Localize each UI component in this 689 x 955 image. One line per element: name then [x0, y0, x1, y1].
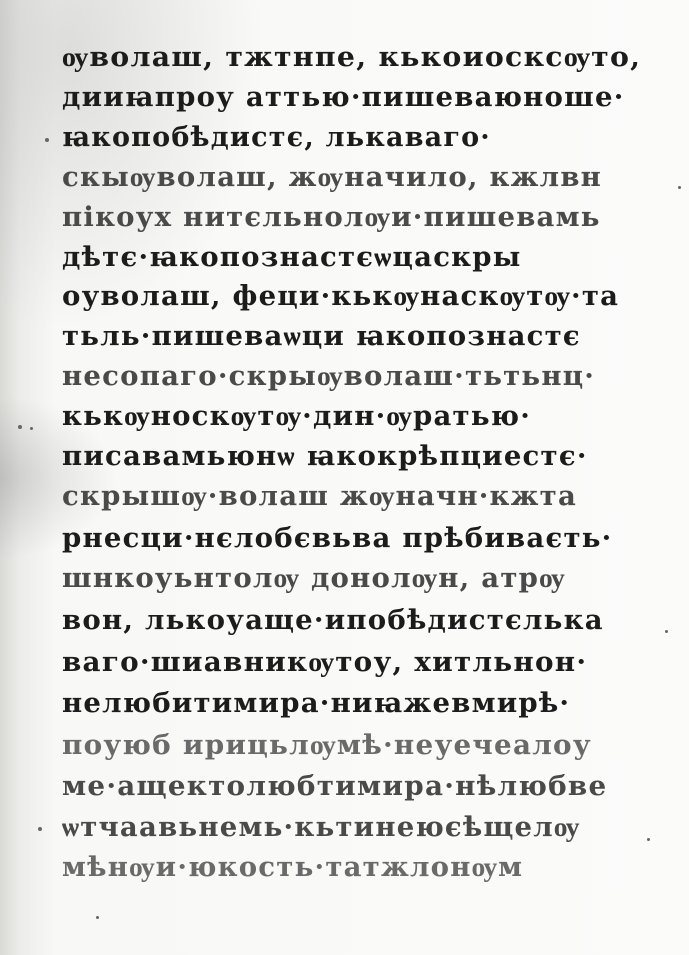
- manuscript-line: кькѹноскѹтѹ·дин·ѹратью·: [62, 401, 531, 432]
- ink-speck: [665, 630, 668, 633]
- ink-speck: [38, 827, 42, 831]
- manuscript-line: дѣтє·ꙗкопознастєѡцаскры: [62, 242, 522, 273]
- manuscript-line: нелюбитимира·ниꙗжевмирѣ·: [62, 688, 570, 719]
- manuscript-line: писавамьюнѡ ꙗкокрѣпциестє·: [62, 441, 588, 472]
- manuscript-line: шнкоуьнтолѹ донолѹн, атрѹ: [62, 563, 566, 594]
- manuscript-page: ѹволаш, тжтнпе, кькоиосксѹто, дииꙗпроу а…: [0, 0, 689, 955]
- manuscript-line: вон, лькоуаще·ипобѣдистєлька: [62, 605, 604, 636]
- manuscript-line: несопаго·скрыѹволаш·тьтьнц·: [62, 361, 595, 392]
- manuscript-line: рнесци·нєлобєвьва прѣбиваєть·: [62, 523, 612, 554]
- manuscript-line: скрышѹ·волаш жѹначн·кжта: [62, 481, 577, 512]
- manuscript-line: скыѹволаш, жѹначило, кжлвн: [62, 162, 602, 193]
- manuscript-line: мѣнѹи·юкость·татжлонѹм: [62, 852, 523, 883]
- manuscript-line: оуволаш, феци·кькѹнаскѹтѹ·та: [62, 281, 619, 312]
- manuscript-line: ѡтчаавьнемь·кьтинеюєѣщелѹ: [62, 812, 580, 843]
- ink-speck: [45, 138, 49, 142]
- ink-speck: [647, 838, 650, 841]
- manuscript-line: ме·ащектолюбтимира·нѣлюбве: [62, 771, 607, 802]
- ink-speck: [18, 425, 22, 429]
- ink-speck: [96, 916, 99, 919]
- ink-speck: [30, 427, 33, 430]
- manuscript-line: поуюб ирицьлѹмѣ·неуечеалоу: [62, 730, 592, 761]
- manuscript-line: ꙗкопобѣдистє, лькаваго·: [62, 122, 491, 153]
- manuscript-line: пікоух нитєльнолѹи·пишевамь: [62, 202, 601, 233]
- manuscript-line: ваго·шиавникѹтоу, хитльнон·: [62, 647, 587, 678]
- manuscript-line: дииꙗпроу аттью·пишеваюноше·: [62, 82, 625, 113]
- ink-speck: [678, 186, 681, 189]
- manuscript-line: ѹволаш, тжтнпе, кькоиосксѹто,: [62, 42, 641, 73]
- manuscript-line: тьль·пишеваѡци ꙗкопознастє: [62, 321, 581, 352]
